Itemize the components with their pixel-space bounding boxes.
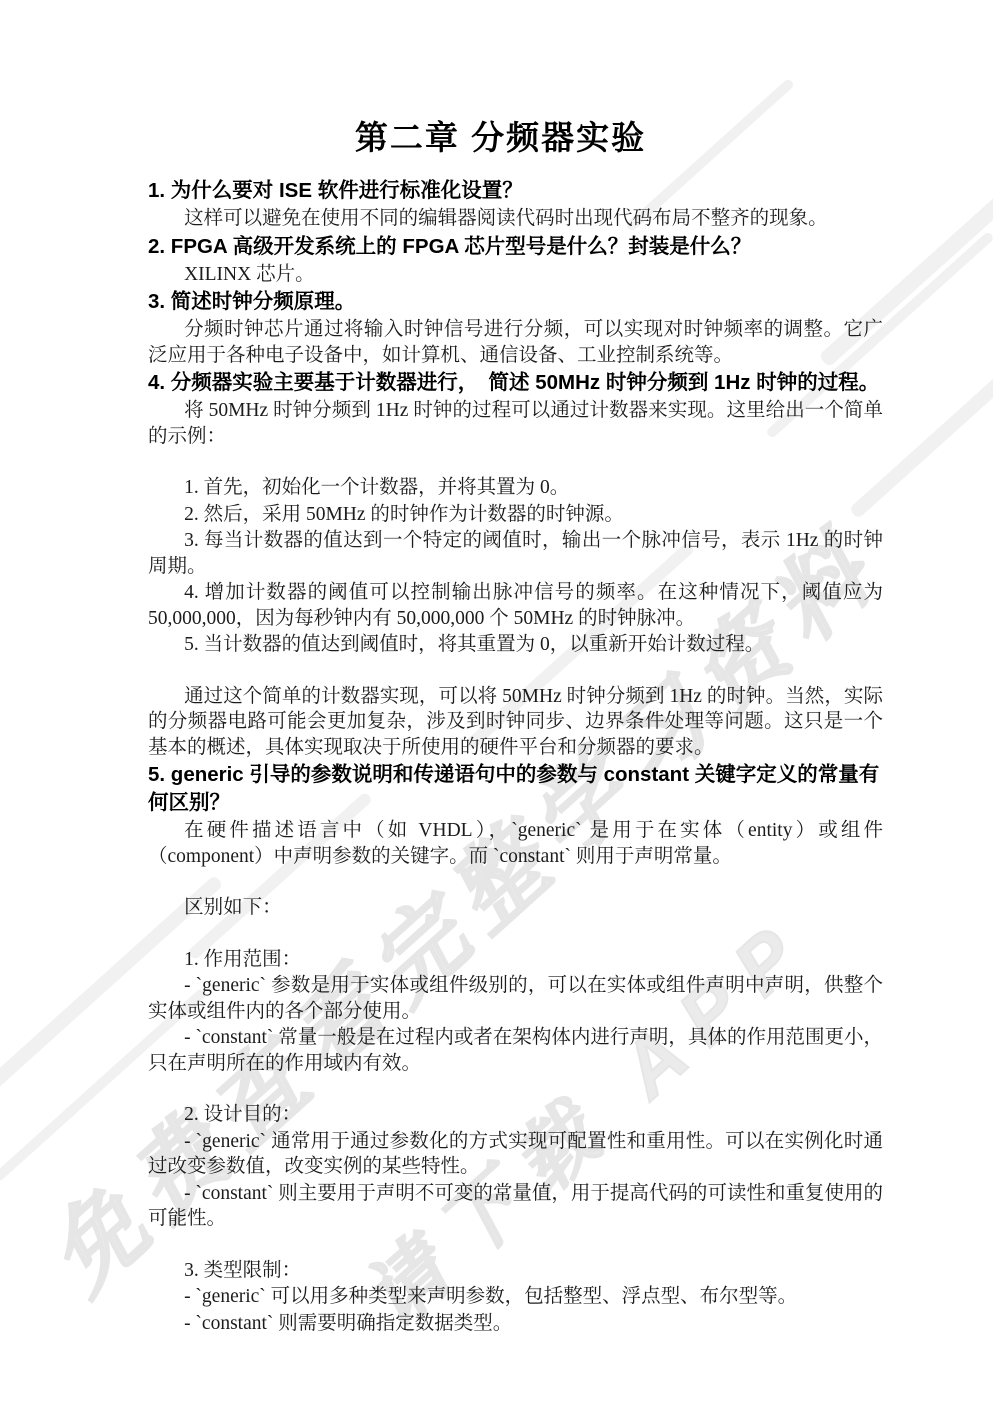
list-item: 1. 首先，初始化一个计数器，并将其置为 0。 — [148, 475, 883, 501]
sub-heading: 3. 类型限制： — [148, 1258, 883, 1284]
answer-paragraph: - `generic` 可以用多种类型来声明参数，包括整型、浮点型、布尔型等。 — [148, 1284, 883, 1310]
spacer — [148, 659, 883, 683]
sub-heading: 2. 设计目的： — [148, 1102, 883, 1128]
question-heading: 3. 简述时钟分频原理。 — [148, 288, 883, 316]
list-item: 2. 然后，采用 50MHz 的时钟作为计数器的时钟源。 — [148, 502, 883, 528]
question-heading: 5. generic 引导的参数说明和传递语句中的参数与 constant 关键… — [148, 761, 883, 817]
question-heading: 1. 为什么要对 ISE 软件进行标准化设置？ — [148, 177, 883, 205]
spacer — [148, 450, 883, 474]
answer-paragraph: - `constant` 则主要用于声明不可变的常量值，用于提高代码的可读性和重… — [148, 1181, 883, 1232]
list-item: 3. 每当计数器的值达到一个特定的阈值时，输出一个脉冲信号，表示 1Hz 的时钟… — [148, 528, 883, 579]
answer-paragraph: - `constant` 常量一般是在过程内或者在架构体内进行声明，具体的作用范… — [148, 1025, 883, 1076]
document-content: 第二章 分频器实验1. 为什么要对 ISE 软件进行标准化设置？这样可以避免在使… — [0, 0, 993, 1404]
answer-paragraph: - `constant` 则需要明确指定数据类型。 — [148, 1311, 883, 1337]
answer-paragraph: - `generic` 通常用于通过参数化的方式实现可配置性和重用性。可以在实例… — [148, 1129, 883, 1180]
spacer — [148, 1077, 883, 1101]
list-item: 4. 增加计数器的阈值可以控制输出脉冲信号的频率。在这种情况下，阈值应为 50,… — [148, 580, 883, 631]
question-heading: 4. 分频器实验主要基于计数器进行， 简述 50MHz 时钟分频到 1Hz 时钟… — [148, 369, 883, 397]
answer-paragraph: XILINX 芯片。 — [148, 262, 883, 288]
spacer — [148, 922, 883, 946]
answer-paragraph: 分频时钟芯片通过将输入时钟信号进行分频，可以实现对时钟频率的调整。它广泛应用于各… — [148, 317, 883, 368]
answer-paragraph: 这样可以避免在使用不同的编辑器阅读代码时出现代码布局不整齐的现象。 — [148, 206, 883, 232]
list-item: 5. 当计数器的值达到阈值时，将其重置为 0，以重新开始计数过程。 — [148, 632, 883, 658]
document-title: 第二章 分频器实验 — [118, 112, 883, 159]
document-page: 免费查看完整学习资料 请下载 APP 第二章 分频器实验1. 为什么要对 ISE… — [0, 0, 993, 1404]
answer-paragraph: 将 50MHz 时钟分频到 1Hz 时钟的过程可以通过计数器来实现。这里给出一个… — [148, 398, 883, 449]
answer-paragraph: 区别如下： — [148, 895, 883, 921]
sub-heading: 1. 作用范围： — [148, 947, 883, 973]
spacer — [148, 1233, 883, 1257]
answer-paragraph: - `generic` 参数是用于实体或组件级别的，可以在实体或组件声明中声明，… — [148, 973, 883, 1024]
answer-paragraph: 在硬件描述语言中（如 VHDL），`generic` 是用于在实体（entity… — [148, 818, 883, 869]
question-heading: 2. FPGA 高级开发系统上的 FPGA 芯片型号是什么？封装是什么？ — [148, 233, 883, 261]
spacer — [148, 870, 883, 894]
answer-paragraph: 通过这个简单的计数器实现，可以将 50MHz 时钟分频到 1Hz 的时钟。当然，… — [148, 684, 883, 761]
